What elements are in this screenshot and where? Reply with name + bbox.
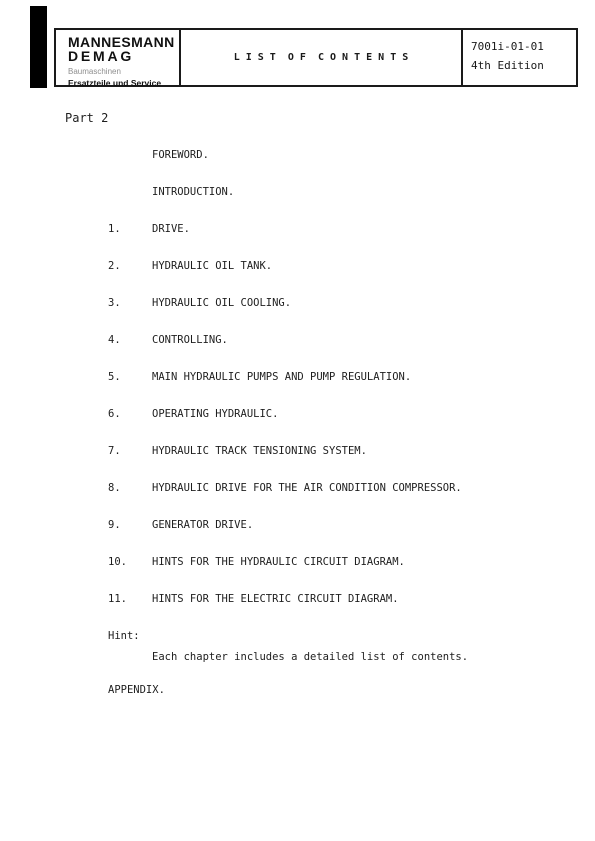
toc-item-title: OPERATING HYDRAULIC.	[152, 408, 278, 421]
toc-item-title: MAIN HYDRAULIC PUMPS AND PUMP REGULATION…	[152, 371, 411, 384]
hint-text: Each chapter includes a detailed list of…	[152, 651, 595, 664]
toc-row: 10. HINTS FOR THE HYDRAULIC CIRCUIT DIAG…	[0, 556, 595, 569]
hint-label: Hint:	[108, 630, 595, 643]
toc-item-title: GENERATOR DRIVE.	[152, 519, 253, 532]
toc-row: 5. MAIN HYDRAULIC PUMPS AND PUMP REGULAT…	[0, 371, 595, 384]
toc-item-title: INTRODUCTION.	[152, 186, 234, 199]
toc-item-number: 10.	[108, 556, 152, 569]
toc-item-number: 6.	[108, 408, 152, 421]
toc-row: 7. HYDRAULIC TRACK TENSIONING SYSTEM.	[0, 445, 595, 458]
part-label: Part 2	[65, 112, 595, 125]
toc-item-number: 9.	[108, 519, 152, 532]
toc-row: 11. HINTS FOR THE ELECTRIC CIRCUIT DIAGR…	[0, 593, 595, 606]
toc-item-number: 1.	[108, 223, 152, 236]
toc-item-number: 11.	[108, 593, 152, 606]
toc-row-foreword: FOREWORD.	[0, 149, 595, 162]
toc-row: 6. OPERATING HYDRAULIC.	[0, 408, 595, 421]
toc-item-title: CONTROLLING.	[152, 334, 228, 347]
logo-demag: DEMAG	[68, 49, 179, 63]
toc-item-title: HYDRAULIC DRIVE FOR THE AIR CONDITION CO…	[152, 482, 462, 495]
toc-item-title: HINTS FOR THE HYDRAULIC CIRCUIT DIAGRAM.	[152, 556, 405, 569]
document-page: MANNESMANN DEMAG Baumaschinen Ersatzteil…	[0, 0, 595, 841]
toc-item-number: 4.	[108, 334, 152, 347]
header-box: MANNESMANN DEMAG Baumaschinen Ersatzteil…	[54, 28, 578, 87]
logo-baumaschinen: Baumaschinen	[68, 67, 179, 76]
logo-block: MANNESMANN DEMAG Baumaschinen Ersatzteil…	[56, 30, 181, 85]
doc-number: 7001i-01-01	[471, 37, 576, 56]
toc-item-number	[108, 149, 152, 162]
logo-mannesmann: MANNESMANN	[68, 35, 179, 49]
toc-item-number: 7.	[108, 445, 152, 458]
toc-row: 1. DRIVE.	[0, 223, 595, 236]
edition-label: 4th Edition	[471, 56, 576, 75]
toc-item-title: FOREWORD.	[152, 149, 209, 162]
logo-ersatzteile-und-service: Ersatzteile und Service	[68, 78, 179, 88]
toc-row: 4. CONTROLLING.	[0, 334, 595, 347]
toc-row: 9. GENERATOR DRIVE.	[0, 519, 595, 532]
toc-item-number: 2.	[108, 260, 152, 273]
toc-item-title: DRIVE.	[152, 223, 190, 236]
toc-item-number: 8.	[108, 482, 152, 495]
toc-item-title: HYDRAULIC TRACK TENSIONING SYSTEM.	[152, 445, 367, 458]
appendix-label: APPENDIX.	[108, 684, 595, 697]
doc-number-cell: 7001i-01-01 4th Edition	[461, 30, 576, 85]
scan-artifact-bar	[30, 6, 47, 88]
page-title: L I S T O F C O N T E N T S	[181, 30, 461, 85]
toc-item-number	[108, 186, 152, 199]
toc-row: 3. HYDRAULIC OIL COOLING.	[0, 297, 595, 310]
toc-item-number: 3.	[108, 297, 152, 310]
toc-item-title: HYDRAULIC OIL COOLING.	[152, 297, 291, 310]
contents-block: Part 2 FOREWORD. INTRODUCTION. 1. DRIVE.…	[0, 112, 595, 697]
toc-row: 8. HYDRAULIC DRIVE FOR THE AIR CONDITION…	[0, 482, 595, 495]
toc-item-title: HYDRAULIC OIL TANK.	[152, 260, 272, 273]
toc-item-number: 5.	[108, 371, 152, 384]
toc-item-title: HINTS FOR THE ELECTRIC CIRCUIT DIAGRAM.	[152, 593, 399, 606]
toc-row: 2. HYDRAULIC OIL TANK.	[0, 260, 595, 273]
toc-row-introduction: INTRODUCTION.	[0, 186, 595, 199]
